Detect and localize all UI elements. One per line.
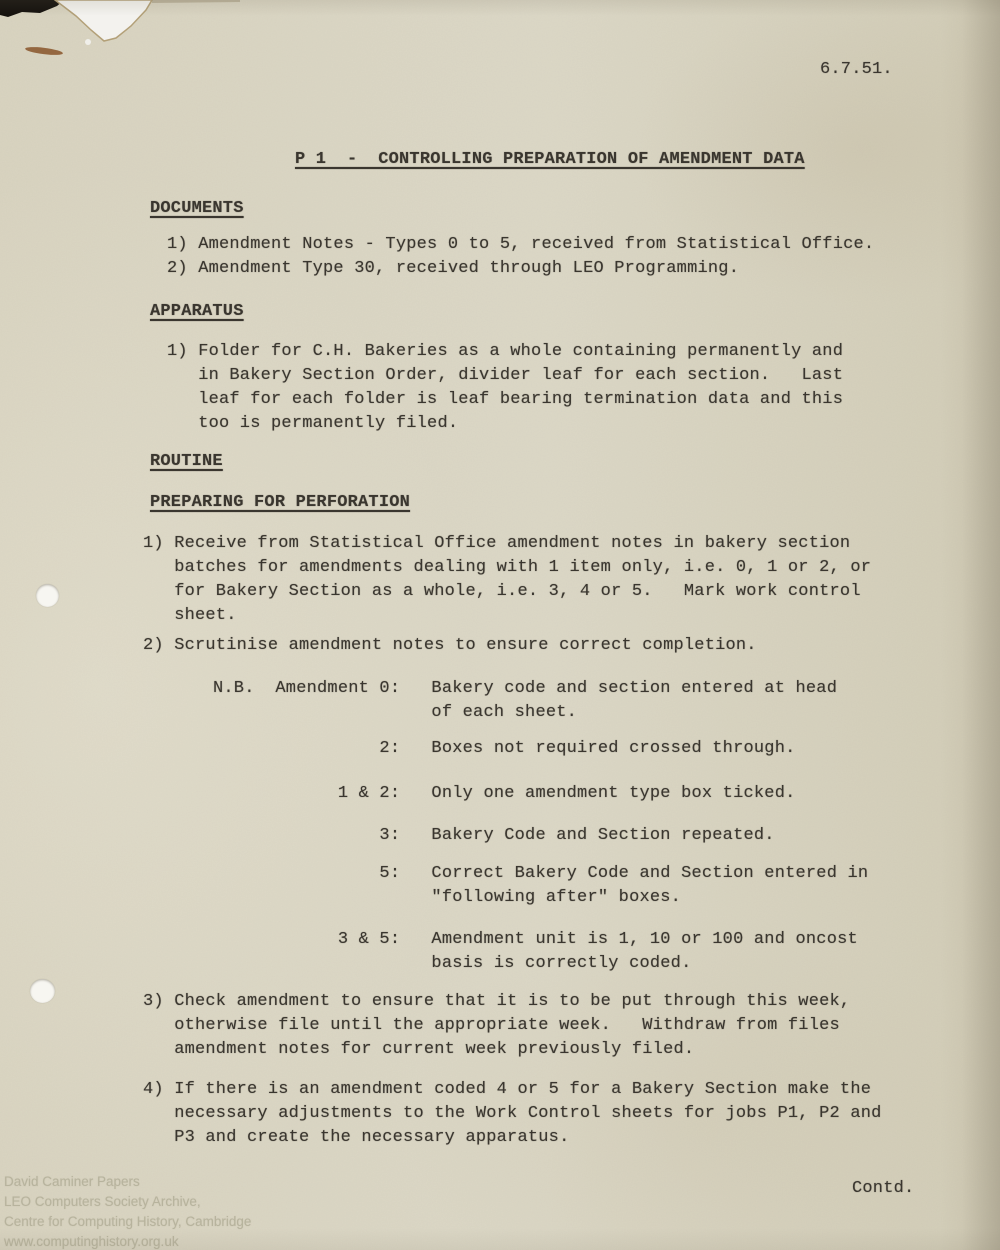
punch-hole-top xyxy=(36,584,59,607)
routine-step-3: 3) Check amendment to ensure that it is … xyxy=(143,990,850,1062)
section-heading-preparing-for-perforation: PREPARING FOR PERFORATION xyxy=(150,491,410,515)
punch-hole-bottom xyxy=(30,979,55,1003)
section-heading-documents: DOCUMENTS xyxy=(150,197,244,221)
routine-step-1: 1) Receive from Statistical Office amend… xyxy=(143,532,871,628)
documents-list: 1) Amendment Notes - Types 0 to 5, recei… xyxy=(167,233,874,281)
routine-step-2: 2) Scrutinise amendment notes to ensure … xyxy=(143,634,757,658)
archive-watermark: David Caminer Papers LEO Computers Socie… xyxy=(4,1172,251,1250)
scan-date: 6.7.51. xyxy=(820,58,893,82)
apparatus-item: 1) Folder for C.H. Bakeries as a whole c… xyxy=(167,340,843,436)
section-heading-apparatus: APPARATUS xyxy=(150,300,244,324)
nb-note-amendment-2: 2: Boxes not required crossed through. xyxy=(213,737,796,761)
rust-mark xyxy=(25,46,63,57)
document-title: P 1 - CONTROLLING PREPARATION OF AMENDME… xyxy=(295,148,805,172)
routine-step-4: 4) If there is an amendment coded 4 or 5… xyxy=(143,1078,882,1150)
contd-label: Contd. xyxy=(852,1177,914,1201)
nb-note-amendment-3-and-5: 3 & 5: Amendment unit is 1, 10 or 100 an… xyxy=(213,928,858,976)
nb-note-amendment-5: 5: Correct Bakery Code and Section enter… xyxy=(213,862,868,910)
section-heading-routine: ROUTINE xyxy=(150,450,223,474)
torn-corner xyxy=(0,0,240,70)
scanned-document-page: 6.7.51. P 1 - CONTROLLING PREPARATION OF… xyxy=(0,0,1000,1250)
nb-note-amendment-1-and-2: 1 & 2: Only one amendment type box ticke… xyxy=(213,782,796,806)
nb-note-amendment-3: 3: Bakery Code and Section repeated. xyxy=(213,824,775,848)
nb-note-amendment-0: N.B. Amendment 0: Bakery code and sectio… xyxy=(213,677,837,725)
